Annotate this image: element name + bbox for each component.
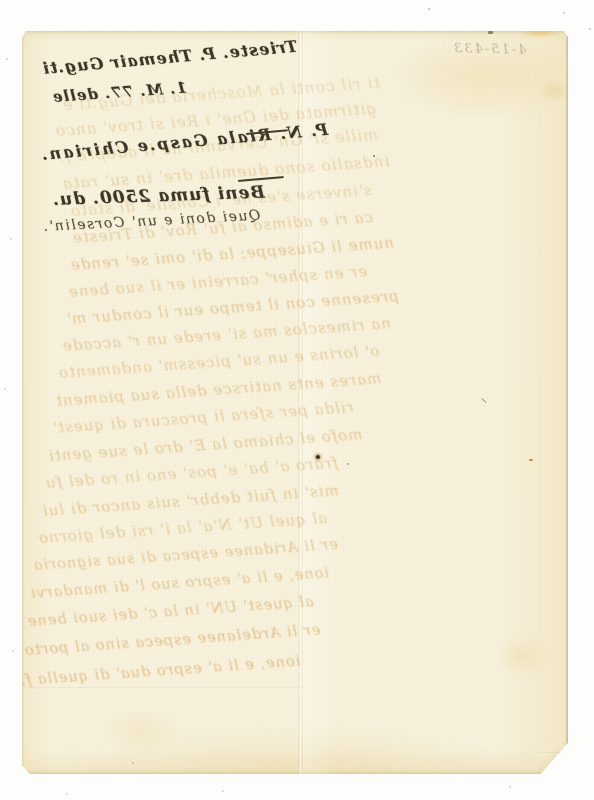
ink-blot-spot [313,452,324,462]
scanned-letter-verso: ti ril conti la Moscheria dei Gug.ti egi… [0,0,594,800]
archival-number-text: 4-15-433 [452,42,527,57]
archival-number: 4-15-433 [452,42,527,57]
dust-speck [589,28,591,30]
dog-eared-corner [534,742,568,774]
dust-speck [6,58,8,60]
dust-speck [509,786,511,788]
dust-speck [66,793,68,795]
dust-speck [12,650,14,652]
foxing-stains [22,31,568,774]
dust-speck [428,8,430,10]
manuscript-page [22,31,568,774]
dust-speck [10,238,12,240]
dust-speck [563,12,565,14]
horizontal-fold-crease [22,687,301,690]
dust-speck [222,790,224,792]
dust-speck [4,388,6,390]
fold-highlight [303,31,337,774]
